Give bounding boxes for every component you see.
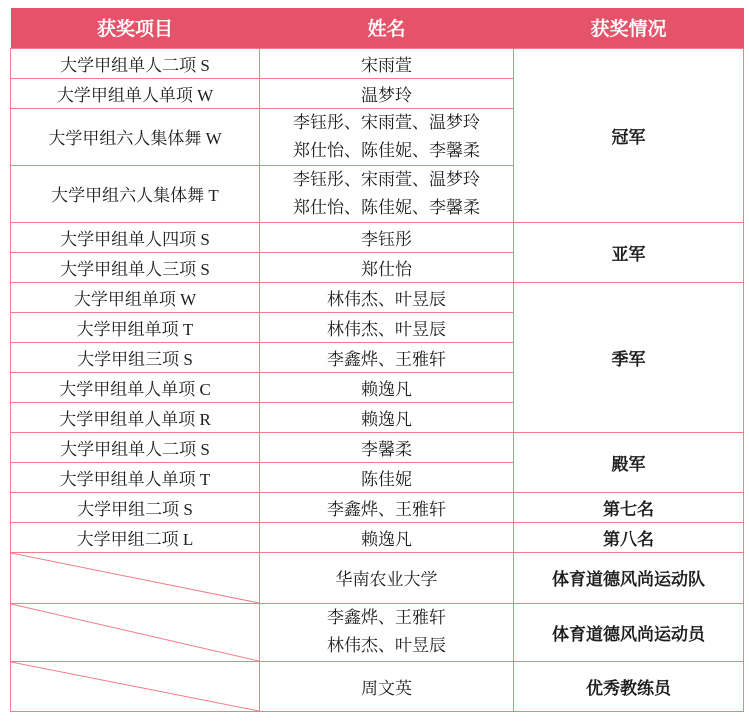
names-cell: 李鑫烨、王雅轩 林伟杰、叶昱辰 <box>260 603 514 661</box>
names-cell: 华南农业大学 <box>260 552 514 603</box>
project-cell: 大学甲组三项 S <box>11 342 260 372</box>
award-cell-third-place: 季军 <box>514 282 744 432</box>
award-cell-excellent-coach: 优秀教练员 <box>514 661 744 711</box>
award-cell-runner-up: 亚军 <box>514 222 744 282</box>
award-cell-fourth-place: 殿军 <box>514 432 744 492</box>
diagonal-slash-icon <box>11 553 259 603</box>
project-cell: 大学甲组六人集体舞 T <box>11 165 260 222</box>
names-cell: 周文英 <box>260 661 514 711</box>
award-cell-champion: 冠军 <box>514 48 744 222</box>
names-cell: 林伟杰、叶昱辰 <box>260 282 514 312</box>
project-cell: 大学甲组单人二项 S <box>11 432 260 462</box>
project-cell: 大学甲组单项 W <box>11 282 260 312</box>
names-cell: 郑仕怡 <box>260 252 514 282</box>
diagonal-cell <box>11 661 260 711</box>
names-line: 李鑫烨、王雅轩 <box>264 604 509 632</box>
project-cell: 大学甲组单项 T <box>11 312 260 342</box>
award-cell-eighth: 第八名 <box>514 522 744 552</box>
names-cell: 温梦玲 <box>260 78 514 108</box>
project-cell: 大学甲组单人四项 S <box>11 222 260 252</box>
awards-table: 获奖项目 姓名 获奖情况 大学甲组单人二项 S 宋雨萱 冠军 大学甲组单人单项 … <box>10 8 744 712</box>
table-row: 周文英 优秀教练员 <box>11 661 744 711</box>
names-cell: 陈佳妮 <box>260 462 514 492</box>
names-cell: 赖逸凡 <box>260 372 514 402</box>
table-row: 李鑫烨、王雅轩 林伟杰、叶昱辰 体育道德风尚运动员 <box>11 603 744 661</box>
header-row: 获奖项目 姓名 获奖情况 <box>11 8 744 48</box>
names-line: 李钰彤、宋雨萱、温梦玲 <box>264 166 509 194</box>
names-line: 李钰彤、宋雨萱、温梦玲 <box>264 109 509 137</box>
diagonal-cell <box>11 552 260 603</box>
diagonal-slash-icon <box>11 662 259 711</box>
table-row: 大学甲组单项 W 林伟杰、叶昱辰 季军 <box>11 282 744 312</box>
table-header: 获奖项目 姓名 获奖情况 <box>11 8 744 48</box>
names-line: 郑仕怡、陈佳妮、李馨柔 <box>264 137 509 165</box>
names-cell: 赖逸凡 <box>260 522 514 552</box>
names-line: 林伟杰、叶昱辰 <box>264 632 509 660</box>
award-cell-seventh: 第七名 <box>514 492 744 522</box>
header-award: 获奖情况 <box>514 8 744 48</box>
project-cell: 大学甲组单人单项 C <box>11 372 260 402</box>
table-row: 大学甲组单人四项 S 李钰彤 亚军 <box>11 222 744 252</box>
names-cell: 李馨柔 <box>260 432 514 462</box>
award-cell-sportsmanship-athlete: 体育道德风尚运动员 <box>514 603 744 661</box>
names-cell: 赖逸凡 <box>260 402 514 432</box>
table-row: 大学甲组二项 S 李鑫烨、王雅轩 第七名 <box>11 492 744 522</box>
award-cell-sportsmanship-team: 体育道德风尚运动队 <box>514 552 744 603</box>
project-cell: 大学甲组二项 L <box>11 522 260 552</box>
names-cell: 李钰彤、宋雨萱、温梦玲 郑仕怡、陈佳妮、李馨柔 <box>260 165 514 222</box>
project-cell: 大学甲组单人二项 S <box>11 48 260 78</box>
project-cell: 大学甲组单人单项 W <box>11 78 260 108</box>
header-name: 姓名 <box>260 8 514 48</box>
table-row: 大学甲组单人二项 S 宋雨萱 冠军 <box>11 48 744 78</box>
names-cell: 李鑫烨、王雅轩 <box>260 492 514 522</box>
project-cell: 大学甲组二项 S <box>11 492 260 522</box>
diagonal-cell <box>11 603 260 661</box>
table-row: 大学甲组二项 L 赖逸凡 第八名 <box>11 522 744 552</box>
project-cell: 大学甲组单人单项 T <box>11 462 260 492</box>
names-cell: 李钰彤、宋雨萱、温梦玲 郑仕怡、陈佳妮、李馨柔 <box>260 108 514 165</box>
project-cell: 大学甲组单人单项 R <box>11 402 260 432</box>
diagonal-slash-icon <box>11 604 259 661</box>
table-row: 华南农业大学 体育道德风尚运动队 <box>11 552 744 603</box>
awards-table-container: 获奖项目 姓名 获奖情况 大学甲组单人二项 S 宋雨萱 冠军 大学甲组单人单项 … <box>10 8 744 712</box>
names-cell: 林伟杰、叶昱辰 <box>260 312 514 342</box>
names-cell: 宋雨萱 <box>260 48 514 78</box>
project-cell: 大学甲组六人集体舞 W <box>11 108 260 165</box>
project-cell: 大学甲组单人三项 S <box>11 252 260 282</box>
table-row: 大学甲组单人二项 S 李馨柔 殿军 <box>11 432 744 462</box>
names-cell: 李钰彤 <box>260 222 514 252</box>
names-line: 郑仕怡、陈佳妮、李馨柔 <box>264 194 509 222</box>
names-cell: 李鑫烨、王雅轩 <box>260 342 514 372</box>
header-project: 获奖项目 <box>11 8 260 48</box>
